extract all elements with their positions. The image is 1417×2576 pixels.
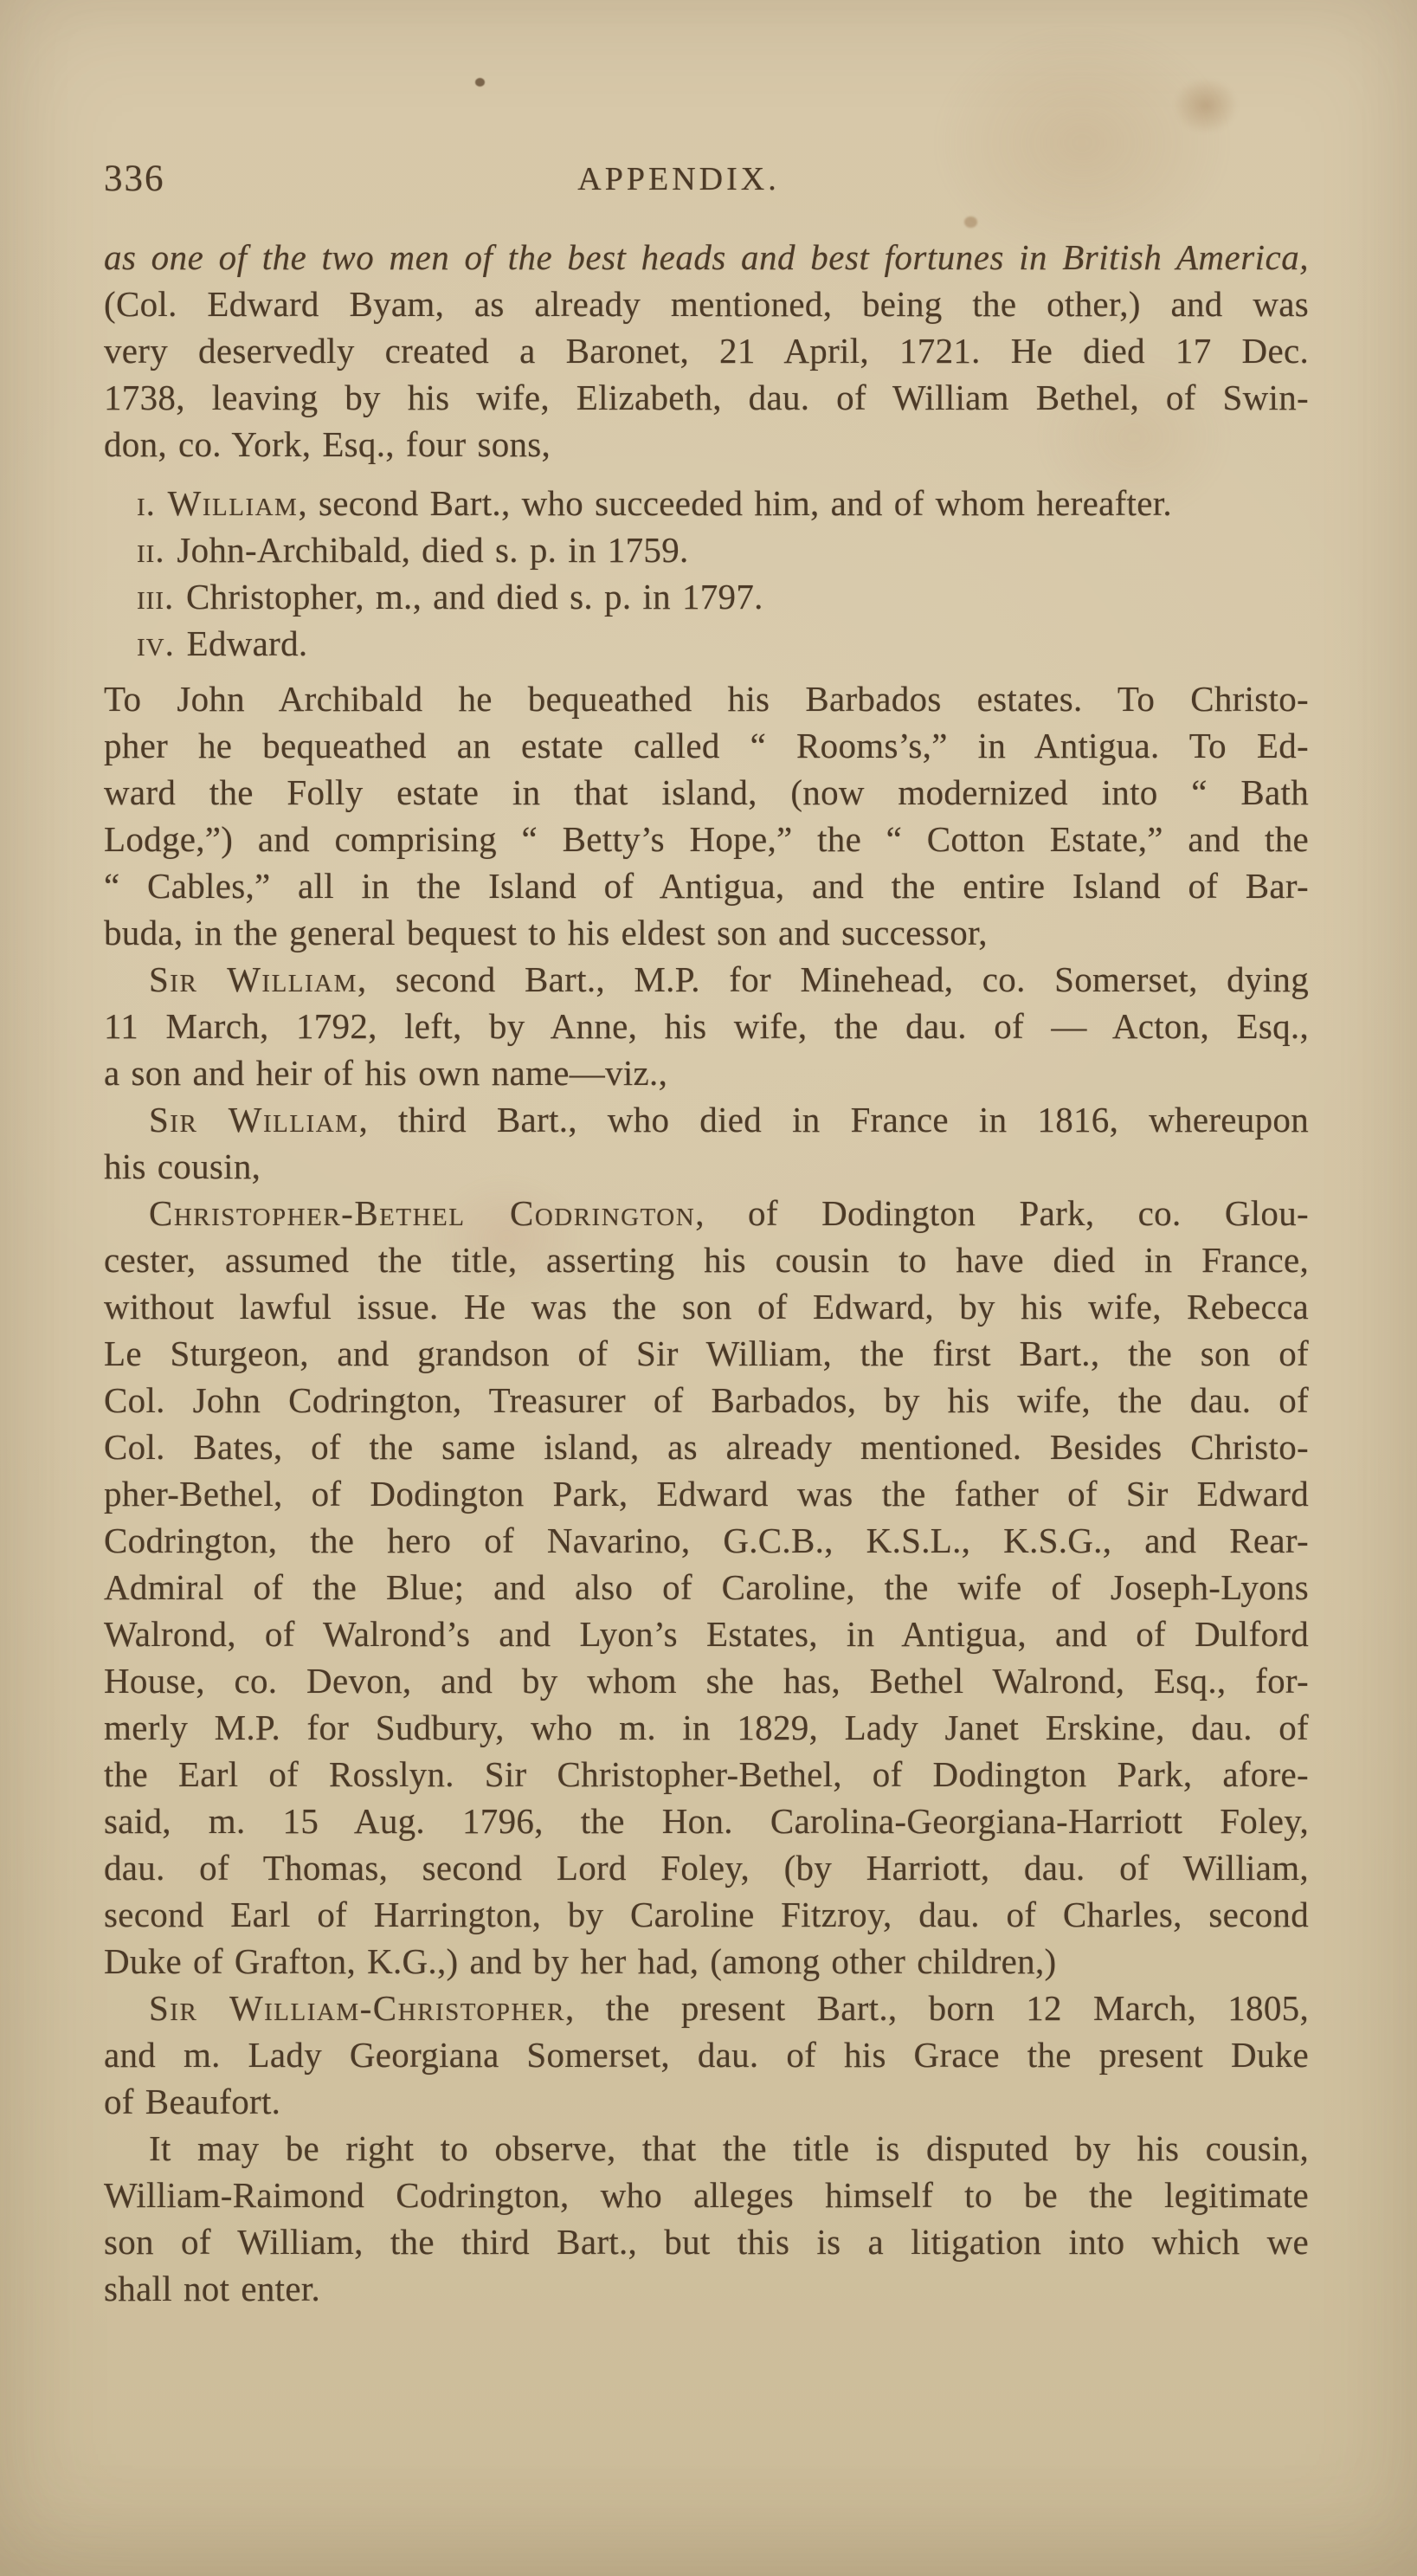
text-line: as one of the two men of the best heads … xyxy=(104,234,1309,281)
ink-speck xyxy=(475,78,485,87)
text-segment: Sir William-Christopher xyxy=(149,1988,565,2028)
text-segment: of Beaufort. xyxy=(104,2082,280,2121)
text-line: his cousin, xyxy=(104,1143,1309,1190)
text-line: Sir William, third Bart., who died in Fr… xyxy=(104,1096,1309,1143)
text-line: (Col. Edward Byam, as already mentioned,… xyxy=(104,281,1309,327)
text-segment: Sir William xyxy=(149,959,357,999)
book-page-scan: 336 APPENDIX. as one of the two men of t… xyxy=(0,0,1417,2576)
text-line: son of William, the third Bart., but thi… xyxy=(104,2218,1309,2265)
text-segment: don, co. York, Esq., four sons, xyxy=(104,424,551,464)
text-line: a son and heir of his own name—viz., xyxy=(104,1049,1309,1096)
text-line: shall not enter. xyxy=(104,2265,1309,2312)
text-segment: House, co. Devon, and by whom she has, B… xyxy=(104,1661,1309,1701)
text-line: Sir William-Christopher, the present Bar… xyxy=(104,1985,1309,2031)
text-segment: dau. of Thomas, second Lord Foley, (by H… xyxy=(104,1848,1309,1888)
text-segment: Christopher-Bethel Codrington xyxy=(149,1193,695,1233)
text-line: dau. of Thomas, second Lord Foley, (by H… xyxy=(104,1844,1309,1891)
text-segment: Edward. xyxy=(187,623,308,663)
text-line: and m. Lady Georgiana Somerset, dau. of … xyxy=(104,2031,1309,2078)
text-line: don, co. York, Esq., four sons, xyxy=(104,421,1309,468)
text-line: IV. Edward. xyxy=(104,620,1309,667)
text-line: merly M.P. for Sudbury, who m. in 1829, … xyxy=(104,1704,1309,1751)
text-line: pher-Bethel, of Dodington Park, Edward w… xyxy=(104,1470,1309,1517)
text-segment: John-Archibald, died s. p. in 1759. xyxy=(177,530,688,570)
paper-stain xyxy=(1174,78,1238,133)
text-line: House, co. Devon, and by whom she has, B… xyxy=(104,1657,1309,1704)
text-segment: son of William, the third Bart., but thi… xyxy=(104,2222,1309,2262)
text-line: cester, assumed the title, asserting his… xyxy=(104,1236,1309,1283)
text-segment: Col. Bates, of the same island, as alrea… xyxy=(104,1427,1309,1467)
text-segment: and m. Lady Georgiana Somerset, dau. of … xyxy=(104,2035,1309,2075)
text-segment: Duke of Grafton, K.G.,) and by her had, … xyxy=(104,1941,1056,1981)
text-segment: as one of the two men of the best heads … xyxy=(104,237,1309,277)
text-line: Lodge,”) and comprising “ Betty’s Hope,”… xyxy=(104,816,1309,862)
text-line: Le Sturgeon, and grandson of Sir William… xyxy=(104,1330,1309,1377)
text-segment: It may be right to observe, that the tit… xyxy=(149,2128,1309,2168)
paper-stain xyxy=(935,26,1229,260)
text-segment: , third Bart., who died in France in 181… xyxy=(358,1100,1309,1140)
text-segment: Le Sturgeon, and grandson of Sir William… xyxy=(104,1333,1309,1373)
text-segment: “ Cables,” all in the Island of Antigua,… xyxy=(104,866,1309,906)
text-segment: cester, assumed the title, asserting his… xyxy=(104,1240,1309,1280)
text-line: very deservedly created a Baronet, 21 Ap… xyxy=(104,327,1309,374)
text-segment: William xyxy=(168,483,299,523)
text-segment: Lodge,”) and comprising “ Betty’s Hope,”… xyxy=(104,819,1309,859)
text-segment: without lawful issue. He was the son of … xyxy=(104,1287,1309,1327)
text-segment: Codrington, the hero of Navarino, G.C.B.… xyxy=(104,1520,1309,1560)
text-segment: , second Bart., M.P. for Minehead, co. S… xyxy=(357,959,1309,999)
text-line: II. John-Archibald, died s. p. in 1759. xyxy=(104,526,1309,573)
text-segment: buda, in the general bequest to his elde… xyxy=(104,913,988,952)
text-segment: shall not enter. xyxy=(104,2269,320,2308)
text-line: Sir William, second Bart., M.P. for Mine… xyxy=(104,956,1309,1003)
ink-speck xyxy=(964,216,977,228)
text-segment: second Earl of Harrington, by Caroline F… xyxy=(104,1895,1309,1934)
text-segment: very deservedly created a Baronet, 21 Ap… xyxy=(104,331,1309,371)
text-segment: , the present Bart., born 12 March, 1805… xyxy=(565,1988,1309,2028)
text-line: of Beaufort. xyxy=(104,2078,1309,2125)
text-segment: said, m. 15 Aug. 1796, the Hon. Carolina… xyxy=(104,1801,1309,1841)
text-line: ward the Folly estate in that island, (n… xyxy=(104,769,1309,816)
text-segment: Sir William xyxy=(149,1100,358,1140)
text-segment: his cousin, xyxy=(104,1146,261,1186)
text-line: It may be right to observe, that the tit… xyxy=(104,2125,1309,2172)
running-header: APPENDIX. xyxy=(104,160,1309,198)
text-segment: To John Archibald he bequeathed his Barb… xyxy=(104,679,1309,719)
page-header: 336 APPENDIX. xyxy=(104,158,1309,206)
text-line: I. William, second Bart., who succeeded … xyxy=(104,480,1309,526)
text-segment: pher he bequeathed an estate called “ Ro… xyxy=(104,726,1309,765)
text-segment: the Earl of Rosslyn. Sir Christopher-Bet… xyxy=(104,1754,1309,1794)
text-line: Walrond, of Walrond’s and Lyon’s Estates… xyxy=(104,1611,1309,1657)
text-segment: merly M.P. for Sudbury, who m. in 1829, … xyxy=(104,1708,1309,1747)
text-line: Duke of Grafton, K.G.,) and by her had, … xyxy=(104,1938,1309,1985)
text-segment: II. xyxy=(137,530,177,570)
text-segment: Admiral of the Blue; and also of Carolin… xyxy=(104,1567,1309,1607)
text-line: Col. Bates, of the same island, as alrea… xyxy=(104,1424,1309,1470)
text-segment: I. xyxy=(137,483,168,523)
text-segment: Christopher, m., and died s. p. in 1797. xyxy=(186,577,763,617)
text-segment: pher-Bethel, of Dodington Park, Edward w… xyxy=(104,1474,1309,1514)
text-segment: (Col. Edward Byam, as already mentioned,… xyxy=(104,284,1309,324)
text-line: said, m. 15 Aug. 1796, the Hon. Carolina… xyxy=(104,1798,1309,1844)
text-line: To John Archibald he bequeathed his Barb… xyxy=(104,675,1309,722)
text-line: III. Christopher, m., and died s. p. in … xyxy=(104,573,1309,620)
text-line: 1738, leaving by his wife, Elizabeth, da… xyxy=(104,374,1309,421)
text-line: without lawful issue. He was the son of … xyxy=(104,1283,1309,1330)
text-line: 11 March, 1792, left, by Anne, his wife,… xyxy=(104,1003,1309,1049)
text-segment: III. xyxy=(137,577,186,617)
text-line: second Earl of Harrington, by Caroline F… xyxy=(104,1891,1309,1938)
text-line: pher he bequeathed an estate called “ Ro… xyxy=(104,722,1309,769)
text-line: “ Cables,” all in the Island of Antigua,… xyxy=(104,862,1309,909)
text-line: Admiral of the Blue; and also of Carolin… xyxy=(104,1564,1309,1611)
text-segment: ward the Folly estate in that island, (n… xyxy=(104,772,1309,812)
text-segment: IV. xyxy=(137,623,187,663)
text-segment: 11 March, 1792, left, by Anne, his wife,… xyxy=(104,1006,1309,1046)
text-line: Codrington, the hero of Navarino, G.C.B.… xyxy=(104,1517,1309,1564)
text-segment: William-Raimond Codrington, who alleges … xyxy=(104,2175,1309,2215)
text-block: as one of the two men of the best heads … xyxy=(104,234,1309,2312)
text-line: the Earl of Rosslyn. Sir Christopher-Bet… xyxy=(104,1751,1309,1798)
text-segment: , of Dodington Park, co. Glou- xyxy=(695,1193,1309,1233)
text-segment: , second Bart., who succeeded him, and o… xyxy=(298,483,1172,523)
text-line: William-Raimond Codrington, who alleges … xyxy=(104,2172,1309,2218)
text-line: buda, in the general bequest to his elde… xyxy=(104,909,1309,956)
text-segment: a son and heir of his own name—viz., xyxy=(104,1053,667,1093)
text-segment: Walrond, of Walrond’s and Lyon’s Estates… xyxy=(104,1614,1309,1654)
text-segment: 1738, leaving by his wife, Elizabeth, da… xyxy=(104,378,1309,417)
text-line: Col. John Codrington, Treasurer of Barba… xyxy=(104,1377,1309,1424)
text-segment: Col. John Codrington, Treasurer of Barba… xyxy=(104,1380,1309,1420)
text-line: Christopher-Bethel Codrington, of Doding… xyxy=(104,1190,1309,1236)
